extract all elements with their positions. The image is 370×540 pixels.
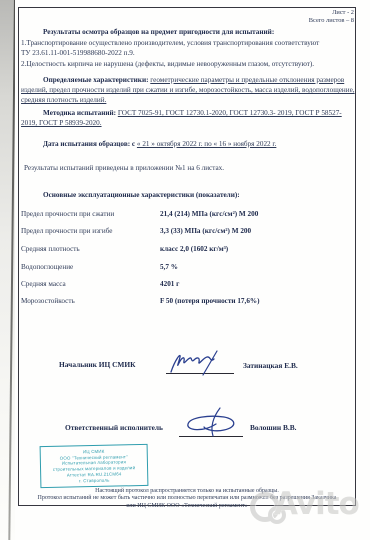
row-label: Средняя плотность [21, 245, 80, 253]
test-date: Дата испытания образцов: с « 21 » октябр… [43, 139, 363, 149]
inspection-line-2: ТУ 23.61.11-001-519988680-2022 п.9. [21, 48, 357, 58]
table-row: Водопоглощение 5,7 % [21, 263, 355, 271]
determined-characteristics-label: Определяемые характеристики: [43, 76, 148, 84]
laboratory-stamp: ИЦ СМИК ООО "Технический регламент" Испы… [40, 444, 149, 488]
inspection-results: 1.Транспортирование осуществлено произво… [21, 38, 357, 69]
row-value: F 50 (потеря прочности 17,6%) [160, 297, 260, 305]
table-row: Предел прочности при изгибе 3,3 (33) МПа… [21, 227, 355, 235]
sheet-number: Лист - 2 [250, 9, 354, 17]
test-method: Методика испытаний: ГОСТ 7025-91, ГОСТ 1… [21, 108, 357, 129]
sheet-counter: Лист - 2 Всего листов – 8 [250, 9, 354, 25]
test-date-prefix: с [132, 140, 135, 148]
signature-role-head: Начальник ИЦ СМИК [59, 360, 136, 369]
test-date-value: « 21 » октября 2022 г. по « 16 » ноября … [137, 140, 276, 148]
total-sheets: Всего листов – 8 [250, 17, 354, 25]
footer-line-2: Протокол испытаний не может быть частичн… [18, 495, 356, 502]
table-row: Средняя плотность класс 2,0 (1602 кг/м³) [21, 245, 355, 253]
row-value: класс 2,0 (1602 кг/м³) [160, 245, 228, 253]
signature-role-executor: Ответственный исполнитель [65, 423, 163, 432]
inspection-line-3: 2.Целостность кирпича не нарушена (дефек… [21, 59, 357, 69]
table-row: Морозостойкость F 50 (потеря прочности 1… [21, 297, 355, 305]
test-date-label: Дата испытания образцов: [43, 140, 130, 148]
signature-name-voloshin: Волошин В.В. [250, 423, 297, 432]
determined-characteristics: Определяемые характеристики: геометричес… [21, 75, 357, 106]
signature-name-zatinatskaya: Затинацкая Е.В. [243, 361, 298, 370]
test-method-label: Методика испытаний: [43, 109, 116, 117]
row-label: Водопоглощение [21, 263, 73, 271]
stamp-line: г. Ставрополь [43, 476, 145, 484]
row-label: Морозостойкость [21, 297, 75, 305]
row-value: 4201 г [160, 280, 179, 288]
table-row: Средняя масса 4201 г [21, 280, 355, 288]
results-note: Результаты испытаний приведены в приложе… [24, 163, 354, 173]
row-label: Предел прочности при сжатии [21, 210, 114, 218]
row-value: 5,7 % [160, 263, 178, 271]
signature-ink-zatinatskaya [165, 350, 237, 376]
scanned-test-protocol-page: { "page_header": { "sheet": "Лист - 2", … [0, 0, 370, 540]
inspection-title: Результаты осмотра образцов на предмет п… [43, 27, 355, 37]
footer-disclaimer: Настоящий протокол распространяется толь… [18, 488, 356, 510]
row-value: 3,3 (33) МПа (кгс/см²) М 200 [160, 227, 251, 235]
signature-ink-voloshin [182, 406, 244, 438]
table-row: Предел прочности при сжатии 21,4 (214) М… [21, 210, 355, 218]
row-value: 21,4 (214) МПа (кгс/см²) М 200 [160, 210, 258, 218]
inspection-line-1: 1.Транспортирование осуществлено произво… [21, 38, 357, 48]
row-label: Средняя масса [21, 280, 66, 288]
row-label: Предел прочности при изгибе [21, 227, 112, 235]
main-characteristics-title: Основные эксплуатационные характеристики… [43, 190, 355, 200]
footer-line-3: или ИЦ СМИК ООО «Технический регламент» [18, 503, 356, 510]
